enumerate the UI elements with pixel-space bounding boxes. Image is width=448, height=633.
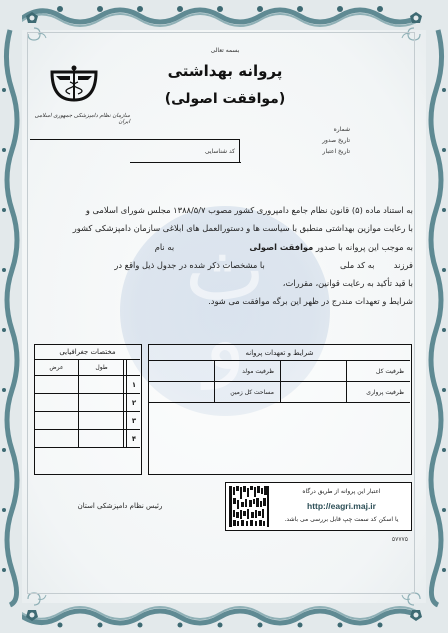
body-line-4-a: فرزند [394, 260, 413, 270]
geo-row-index: ۴ [128, 430, 140, 447]
body-line-3-bold: موافقت اصولی [249, 242, 313, 252]
geo-row-index: ۲ [128, 394, 140, 411]
geo-cell-latitude[interactable] [35, 376, 79, 393]
body-line-3-b: به نام [155, 242, 174, 252]
geo-coordinates-table: مختصات جغرافیایی عرض طول ۱ ۲ [34, 344, 142, 475]
conditions-table-title: شرایط و تعهدات پروانه [149, 345, 410, 361]
body-line-3-a: به موجب این پروانه با صدور [316, 242, 413, 252]
geo-col-longitude: طول [80, 360, 124, 375]
veterinary-emblem-icon [46, 64, 102, 104]
license-conditions-table: شرایط و تعهدات پروانه ظرفیت مولد ظرفیت ک… [148, 344, 412, 475]
body-line-5: با قید تأکید به رعایت قوانین، مقررات، [30, 274, 413, 292]
number-label: شماره [300, 124, 350, 135]
table-row: ۱ [35, 376, 140, 394]
signature-title: رئیس نظام دامپزشکی استان [70, 502, 170, 510]
conditions-value-total-capacity[interactable] [281, 361, 347, 381]
conditions-value-land-area[interactable] [149, 382, 215, 402]
geo-cell-longitude[interactable] [80, 412, 124, 429]
geo-table-title: مختصات جغرافیایی [35, 345, 140, 360]
ornamental-border-left [0, 0, 22, 633]
geo-cell-latitude[interactable] [35, 430, 79, 447]
geo-col-divider [124, 376, 127, 393]
body-line-2: با رعایت موازین بهداشتی منطبق با سیاست ه… [30, 219, 413, 237]
geo-row-index: ۱ [128, 376, 140, 393]
id-code-label: کد شناسایی [180, 148, 235, 155]
id-code-box-underline [130, 162, 241, 163]
body-line-1: به استناد ماده (۵) قانون نظام جامع دامپر… [30, 201, 413, 219]
body-line-6: شرایط و تعهدات مندرج در ظهر این برگه موا… [30, 292, 413, 310]
verification-box: اعتبار این پروانه از طریق درگاه http://e… [225, 482, 412, 531]
geo-col-divider [124, 430, 127, 447]
license-page: ثو بسمه تعالی پروانه بهداشتی (موافقت اصو… [0, 0, 448, 633]
ornamental-border-right [426, 0, 448, 633]
geo-col-divider [124, 360, 127, 375]
license-body-text: به استناد ماده (۵) قانون نظام جامع دامپر… [30, 201, 413, 311]
geo-cell-longitude[interactable] [80, 394, 124, 411]
ornamental-border-top [0, 0, 448, 30]
geo-header-row: عرض طول [35, 360, 140, 376]
geo-cell-latitude[interactable] [35, 412, 79, 429]
geo-cell-longitude[interactable] [80, 376, 124, 393]
bismillah: بسمه تعالی [200, 47, 250, 54]
meta-block: شماره تاریخ صدور تاریخ اعتبار [300, 124, 350, 157]
qr-code-icon[interactable] [228, 485, 270, 528]
table-row: ۴ [35, 430, 140, 448]
geo-cell-latitude[interactable] [35, 394, 79, 411]
validity-date-label: تاریخ اعتبار [300, 146, 350, 157]
geo-cell-longitude[interactable] [80, 430, 124, 447]
table-row: ۲ [35, 394, 140, 412]
conditions-label-fattening-capacity: ظرفیت پرواری [347, 382, 410, 402]
body-line-4-b: به کد ملی [340, 260, 374, 270]
geo-col-index [128, 360, 140, 375]
body-line-4-c: با مشخصات ذکر شده در جدول ذیل واقع در [114, 260, 264, 270]
conditions-label-breeding-capacity: ظرفیت مولد [215, 361, 281, 381]
geo-row-index: ۳ [128, 412, 140, 429]
conditions-label-land-area: مساحت کل زمین [215, 382, 281, 402]
body-line-4: فرزند به کد ملی با مشخصات ذکر شده در جدو… [30, 256, 413, 274]
form-code: ۵۷۷۷۵ [380, 536, 408, 543]
conditions-label-total-capacity: ظرفیت کل [347, 361, 410, 381]
page-title: پروانه بهداشتی [150, 62, 300, 80]
geo-col-divider [124, 394, 127, 411]
table-row: ۳ [35, 412, 140, 430]
verification-url-link[interactable]: http://eagri.maj.ir [274, 501, 409, 511]
geo-col-divider [124, 412, 127, 429]
issue-date-label: تاریخ صدور [300, 135, 350, 146]
table-row: ظرفیت مولد ظرفیت کل [149, 361, 410, 382]
page-subtitle: (موافقت اصولی) [150, 91, 300, 107]
conditions-value-fattening-capacity[interactable] [281, 382, 347, 402]
geo-table-body: عرض طول ۱ ۲ ۳ [35, 360, 140, 448]
verification-text: اعتبار این پروانه از طریق درگاه [274, 488, 409, 495]
verification-scan-text: یا اسکن کد سمت چپ قابل بررسی می باشد. [274, 516, 409, 523]
table-row: مساحت کل زمین ظرفیت پرواری [149, 382, 410, 403]
organization-name: سازمان نظام دامپزشکی جمهوری اسلامی ایران [30, 113, 130, 125]
ornamental-border-bottom [0, 603, 448, 633]
body-line-3: به موجب این پروانه با صدور موافقت اصولی … [30, 238, 413, 256]
conditions-value-breeding-capacity[interactable] [149, 361, 215, 381]
geo-col-latitude: عرض [35, 360, 79, 375]
